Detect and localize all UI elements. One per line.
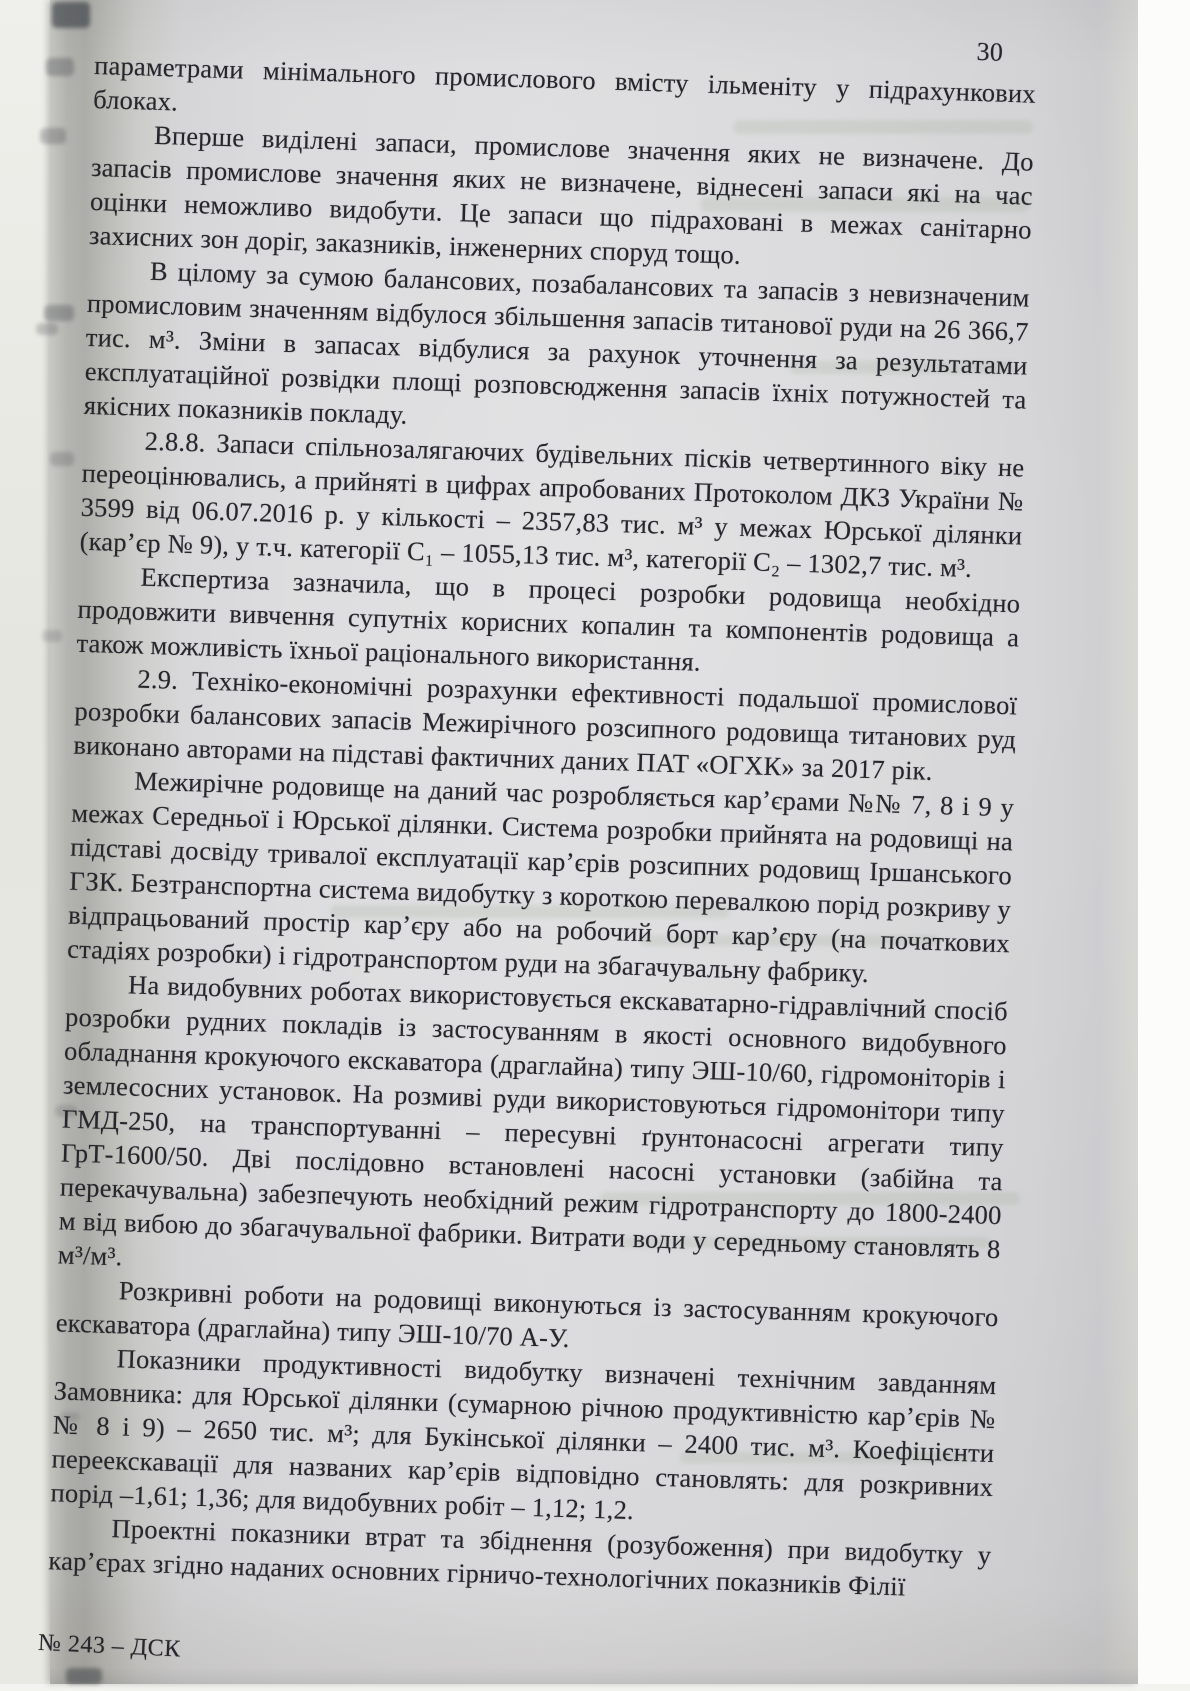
paragraph: На видобувних роботах використовується е… [57, 966, 1008, 1301]
page-text-block: 30 параметрами мінімального промислового… [48, 8, 1038, 1606]
paragraph: В цілому за сумою балансових, позабаланс… [83, 252, 1030, 451]
scanned-document-page: 30 параметрами мінімального промислового… [0, 0, 1190, 1684]
paragraph: Межирічне родовище на даний час розробля… [67, 762, 1015, 995]
scan-margin-right [1138, 0, 1190, 1684]
paragraph: Показники продуктивності видобутку визна… [50, 1339, 997, 1538]
scan-margin-left [0, 0, 52, 1684]
document-number-footer: № 243 – ДСК [37, 1626, 181, 1667]
